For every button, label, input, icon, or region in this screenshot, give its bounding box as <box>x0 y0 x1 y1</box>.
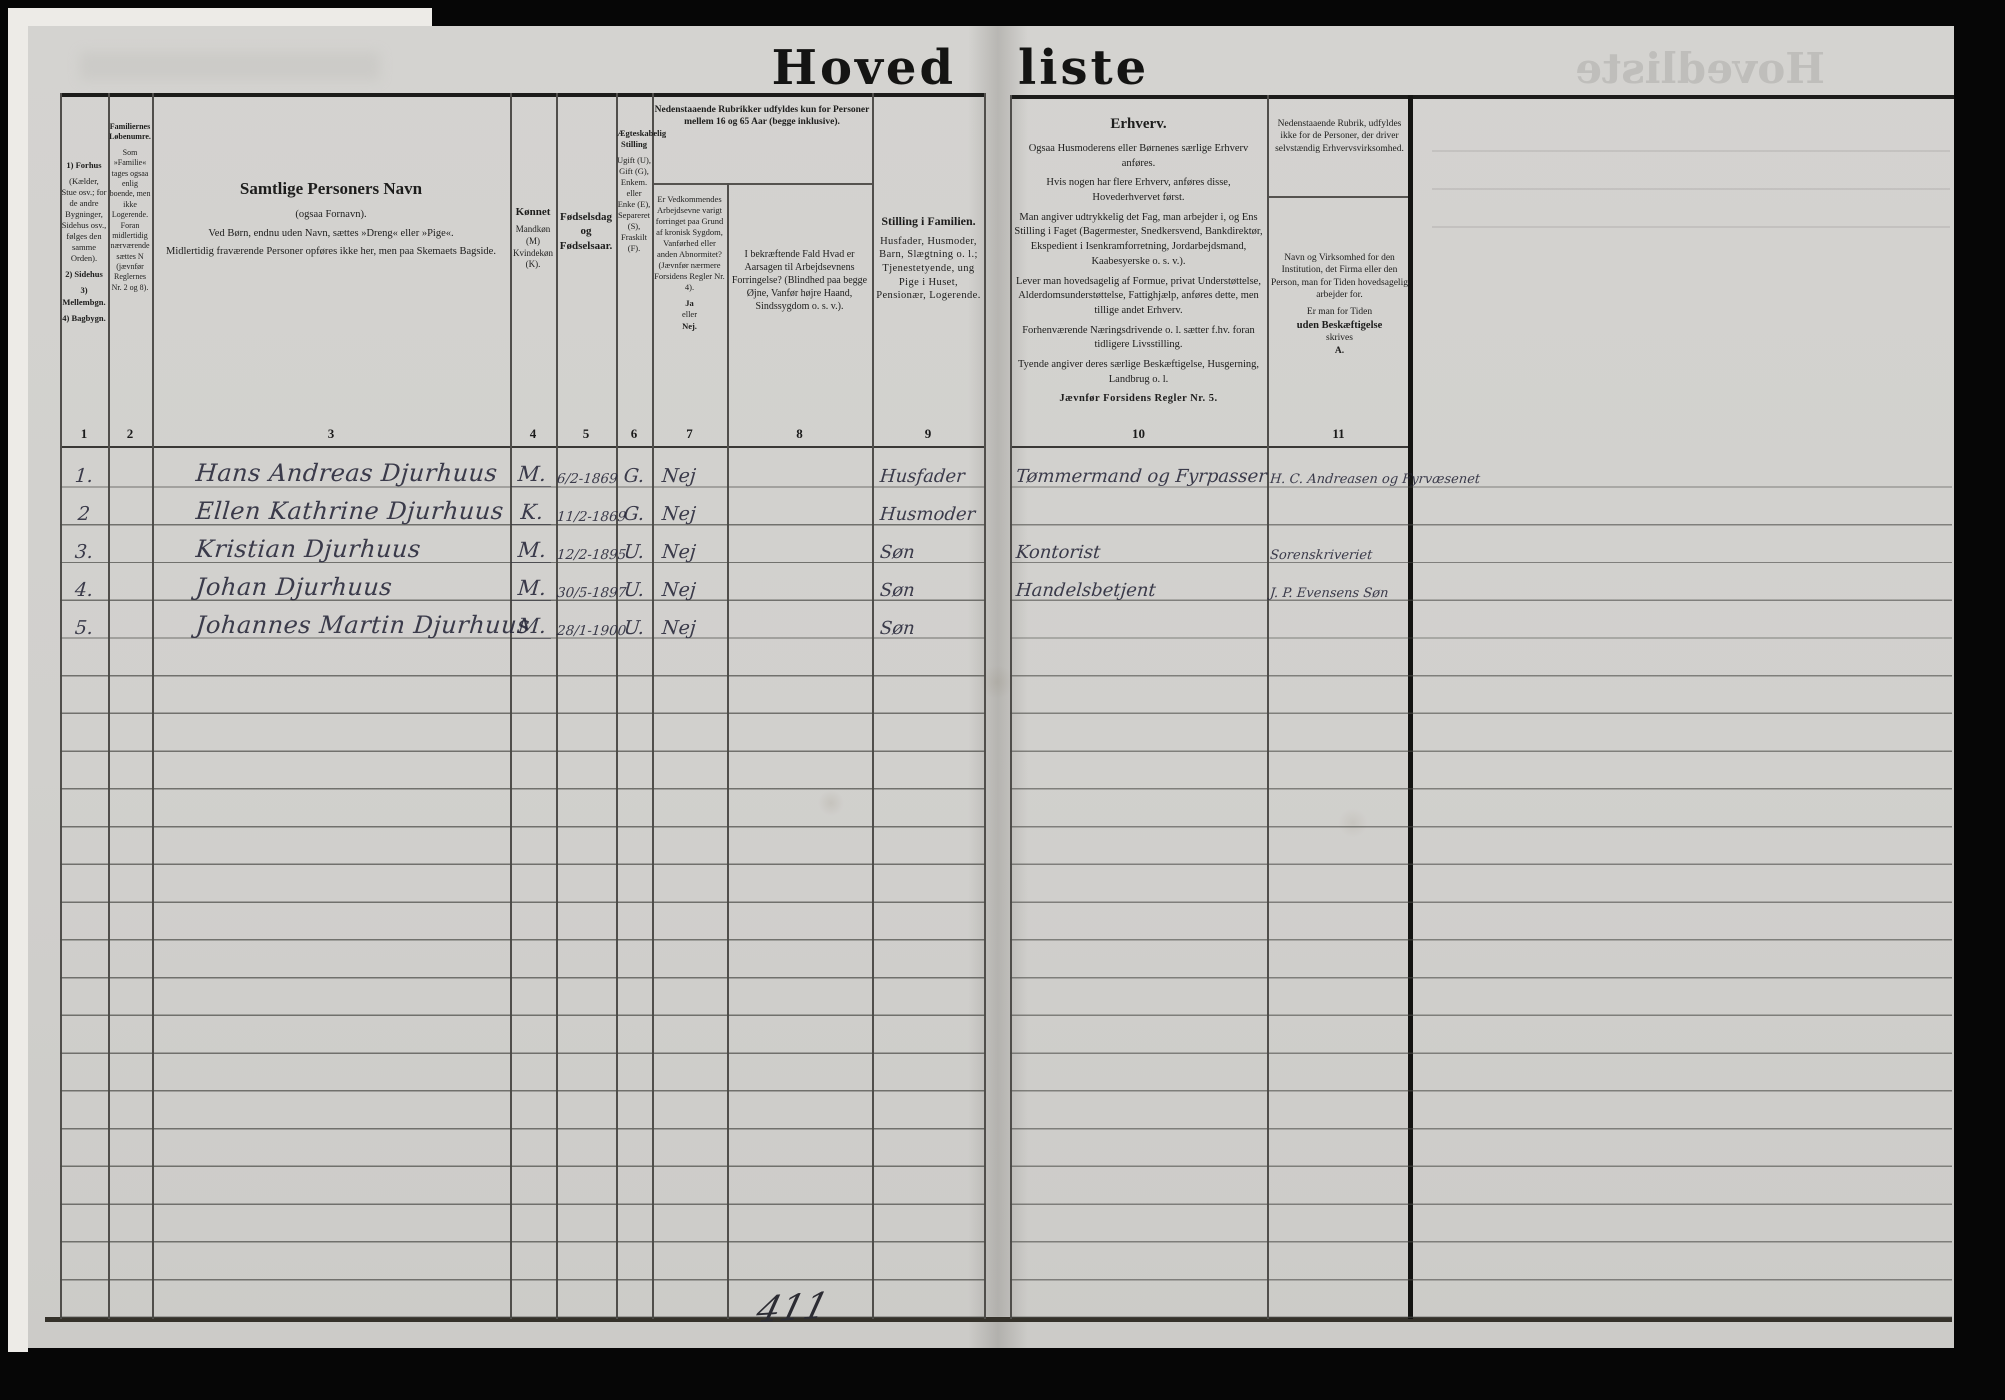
impairment-cell: Nej <box>661 617 723 639</box>
impairment-cell: Nej <box>661 541 723 563</box>
column-number-6: 6 <box>616 426 652 442</box>
header-body: Er Vedkommendes Arbejdsevne varigt forri… <box>653 194 726 293</box>
table-top-border-right-page <box>1010 95 1954 99</box>
column-number-1: 1 <box>60 426 108 442</box>
birthdate-cell: 6/2-1869 <box>556 471 617 487</box>
header-paragraph: Jævnfør Forsidens Regler Nr. 5. <box>1014 392 1263 407</box>
table-row: 3. Kristian Djurhuus M. 12/2-1895 U. Nej… <box>0 527 2005 565</box>
header-paragraph: Lever man hovedsagelig af Formue, privat… <box>1014 275 1263 319</box>
column-header-2: Familiernes Løbenumre. Som »Familie« tag… <box>109 122 151 298</box>
header-paragraph: Hvis nogen har flere Erhverv, anføres di… <box>1014 176 1263 205</box>
table-row: 4. Johan Djurhuus M. 30/5-1897 U. Nej Sø… <box>0 565 2005 603</box>
row-number-cell: 1. <box>61 465 107 487</box>
bleedthrough-line <box>1432 226 1950 228</box>
banner-text: Nedenstaaende Rubrikker udfyldes kun for… <box>654 104 870 129</box>
row-number-cell: 2 <box>61 503 107 525</box>
column-number-10: 10 <box>1010 426 1267 442</box>
page-title-right: liste <box>1018 40 1149 96</box>
scan-edge-left <box>8 8 28 1352</box>
header-bottom-line-left <box>60 446 985 448</box>
handwritten-page-number: 411 <box>752 1286 833 1332</box>
scan-edge-top <box>8 8 432 26</box>
header-bottom-line-right <box>1010 446 1410 448</box>
bleedthrough-smudge <box>80 52 380 80</box>
bleedthrough-line <box>1432 150 1950 152</box>
page-title-left: Hoved <box>700 40 956 96</box>
family-position-cell: Husmoder <box>879 504 983 525</box>
marital-cell: U. <box>617 541 651 563</box>
impairment-cell: Nej <box>661 579 723 601</box>
header-title: Kønnet <box>511 205 555 219</box>
table-row: 5. Johannes Martin Djurhuus M. 28/1-1900… <box>0 603 2005 641</box>
column-number-8: 8 <box>727 426 872 442</box>
family-position-cell: Søn <box>879 542 983 563</box>
column-header-8: I bekræftende Fald Hvad er Aarsagen til … <box>731 248 868 318</box>
column-header-6: Ægteskabelig Stilling Ugift (U), Gift (G… <box>617 128 651 260</box>
header-line: uden Beskæftigelse <box>1271 319 1408 333</box>
marital-cell: U. <box>617 579 651 601</box>
birthdate-cell: 11/2-1869 <box>556 509 617 525</box>
row-number-cell: 3. <box>61 541 107 563</box>
column-number-5: 5 <box>556 426 616 442</box>
header-body: Mandkøn (M) Kvindekøn (K). <box>511 224 555 271</box>
sex-cell: M. <box>511 576 553 601</box>
header-line: A. <box>1271 345 1408 357</box>
scanned-census-page: Hoved liste Hovedliste 1) Forhus (Kælder… <box>0 0 2005 1400</box>
header-title: Erhverv. <box>1014 114 1263 135</box>
header-line: Er man for Tiden <box>1271 306 1408 318</box>
header-sub: (ogsaa Fornavn). <box>156 208 506 222</box>
header-sub: Midlertidig fraværende Personer opføres … <box>156 245 506 259</box>
banner-underline <box>654 183 872 185</box>
header-line: (Kælder, Stue osv.; for de andre Bygning… <box>61 176 107 264</box>
column-number-7: 7 <box>652 426 727 442</box>
birthdate-cell: 30/5-1897 <box>556 585 617 601</box>
birthdate-cell: 12/2-1895 <box>556 547 617 563</box>
header-sub: Ved Børn, endnu uden Navn, sættes »Dreng… <box>156 227 506 241</box>
column-header-10: Erhverv. Ogsaa Husmoderens eller Børnene… <box>1014 114 1263 412</box>
column-number-4: 4 <box>510 426 556 442</box>
column-header-4: Kønnet Mandkøn (M) Kvindekøn (K). <box>511 205 555 276</box>
header-paragraph: Man angiver udtrykkelig det Fag, man arb… <box>1014 211 1263 270</box>
impairment-cell: Nej <box>661 465 723 487</box>
header-ja: Ja <box>653 298 726 309</box>
header-paragraph: Tyende angiver deres særlige Beskæftigel… <box>1014 358 1263 387</box>
column-header-9: Stilling i Familien. Husfader, Husmoder,… <box>874 214 983 308</box>
bleedthrough-title: Hovedliste <box>1545 44 1825 93</box>
column-header-3: Samtlige Personers Navn (ogsaa Fornavn).… <box>156 178 506 264</box>
header-line: 1) Forhus <box>61 160 107 171</box>
family-position-cell: Søn <box>879 580 983 601</box>
column-header-11-note: Nedenstaaende Rubrik, udfyldes ikke for … <box>1271 118 1408 160</box>
header-title: Fødselsdag og Fødselsaar. <box>558 210 614 253</box>
header-title: Samtlige Personers Navn <box>156 178 506 200</box>
bleedthrough-line <box>1432 188 1950 190</box>
sex-cell: K. <box>511 500 553 525</box>
column-number-3: 3 <box>152 426 510 442</box>
column-header-5: Fødselsdag og Fødselsaar. <box>558 210 614 258</box>
sex-cell: M. <box>511 614 553 639</box>
family-position-cell: Søn <box>879 618 983 639</box>
header-body: I bekræftende Fald Hvad er Aarsagen til … <box>731 248 868 313</box>
header-note: Nedenstaaende Rubrik, udfyldes ikke for … <box>1271 118 1408 155</box>
sex-cell: M. <box>511 538 553 563</box>
header-nej: Nej. <box>653 321 726 332</box>
column-number-9: 9 <box>872 426 984 442</box>
header-line: skrives <box>1271 332 1408 344</box>
row-number-cell: 4. <box>61 579 107 601</box>
birthdate-cell: 28/1-1900 <box>556 623 617 639</box>
name-cell: Johannes Martin Djurhuus <box>195 611 527 639</box>
header-title: Familiernes Løbenumre. <box>109 122 151 143</box>
header-eller: eller <box>653 309 726 320</box>
occupation-cell: Kontorist <box>1015 542 1265 563</box>
sex-cell: M. <box>511 462 553 487</box>
table-top-border-left-page <box>60 93 985 97</box>
employer-cell: J. P. Evensens Søn <box>1269 586 1408 601</box>
header-paragraph: Ogsaa Husmoderens eller Børnenes særlige… <box>1014 142 1263 171</box>
column-header-7: Er Vedkommendes Arbejdsevne varigt forri… <box>653 194 726 337</box>
impairment-cell: Nej <box>661 503 723 525</box>
family-position-cell: Husfader <box>879 466 983 487</box>
header-line: 3) Mellembgn. <box>61 285 107 307</box>
table-row: 1. Hans Andreas Djurhuus M. 6/2-1869 G. … <box>0 451 2005 489</box>
name-cell: Kristian Djurhuus <box>195 535 527 563</box>
header-paragraph: Forhenværende Næringsdrivende o. l. sætt… <box>1014 324 1263 353</box>
header-body: Husfader, Husmoder, Barn, Slægtning o. l… <box>874 235 983 303</box>
header-title: Ægteskabelig Stilling <box>617 128 651 150</box>
header-body: Navn og Virksomhed for den Institution, … <box>1271 252 1408 301</box>
marital-cell: G. <box>617 503 651 525</box>
marital-cell: G. <box>617 465 651 487</box>
name-cell: Ellen Kathrine Djurhuus <box>195 497 527 525</box>
row-number-cell: 5. <box>61 617 107 639</box>
header-title: Stilling i Familien. <box>874 214 983 230</box>
table-row: 2 Ellen Kathrine Djurhuus K. 11/2-1869 G… <box>0 489 2005 527</box>
occupation-cell: Handelsbetjent <box>1015 580 1265 601</box>
column-number-2: 2 <box>108 426 152 442</box>
column-7-8-banner: Nedenstaaende Rubrikker udfyldes kun for… <box>654 104 870 134</box>
employer-cell: Sorenskriveriet <box>1269 548 1408 563</box>
header-body: Som »Familie« tages ogsaa enlig boende, … <box>109 148 151 293</box>
marital-cell: U. <box>617 617 651 639</box>
column-header-11-body: Navn og Virksomhed for den Institution, … <box>1271 252 1408 362</box>
header-line: 4) Bagbygn. <box>61 313 107 324</box>
employer-cell: H. C. Andreasen og Fyrvæsenet <box>1269 472 1408 487</box>
column-number-11: 11 <box>1267 426 1410 442</box>
column-11-divider-line <box>1267 196 1412 198</box>
name-cell: Hans Andreas Djurhuus <box>195 459 527 487</box>
occupation-cell: Tømmermand og Fyrpasser <box>1015 466 1265 487</box>
column-header-1: 1) Forhus (Kælder, Stue osv.; for de and… <box>61 160 107 329</box>
header-line: 2) Sidehus <box>61 269 107 280</box>
name-cell: Johan Djurhuus <box>195 573 527 601</box>
header-body: Ugift (U), Gift (G), Enkem. eller Enke (… <box>617 155 651 254</box>
